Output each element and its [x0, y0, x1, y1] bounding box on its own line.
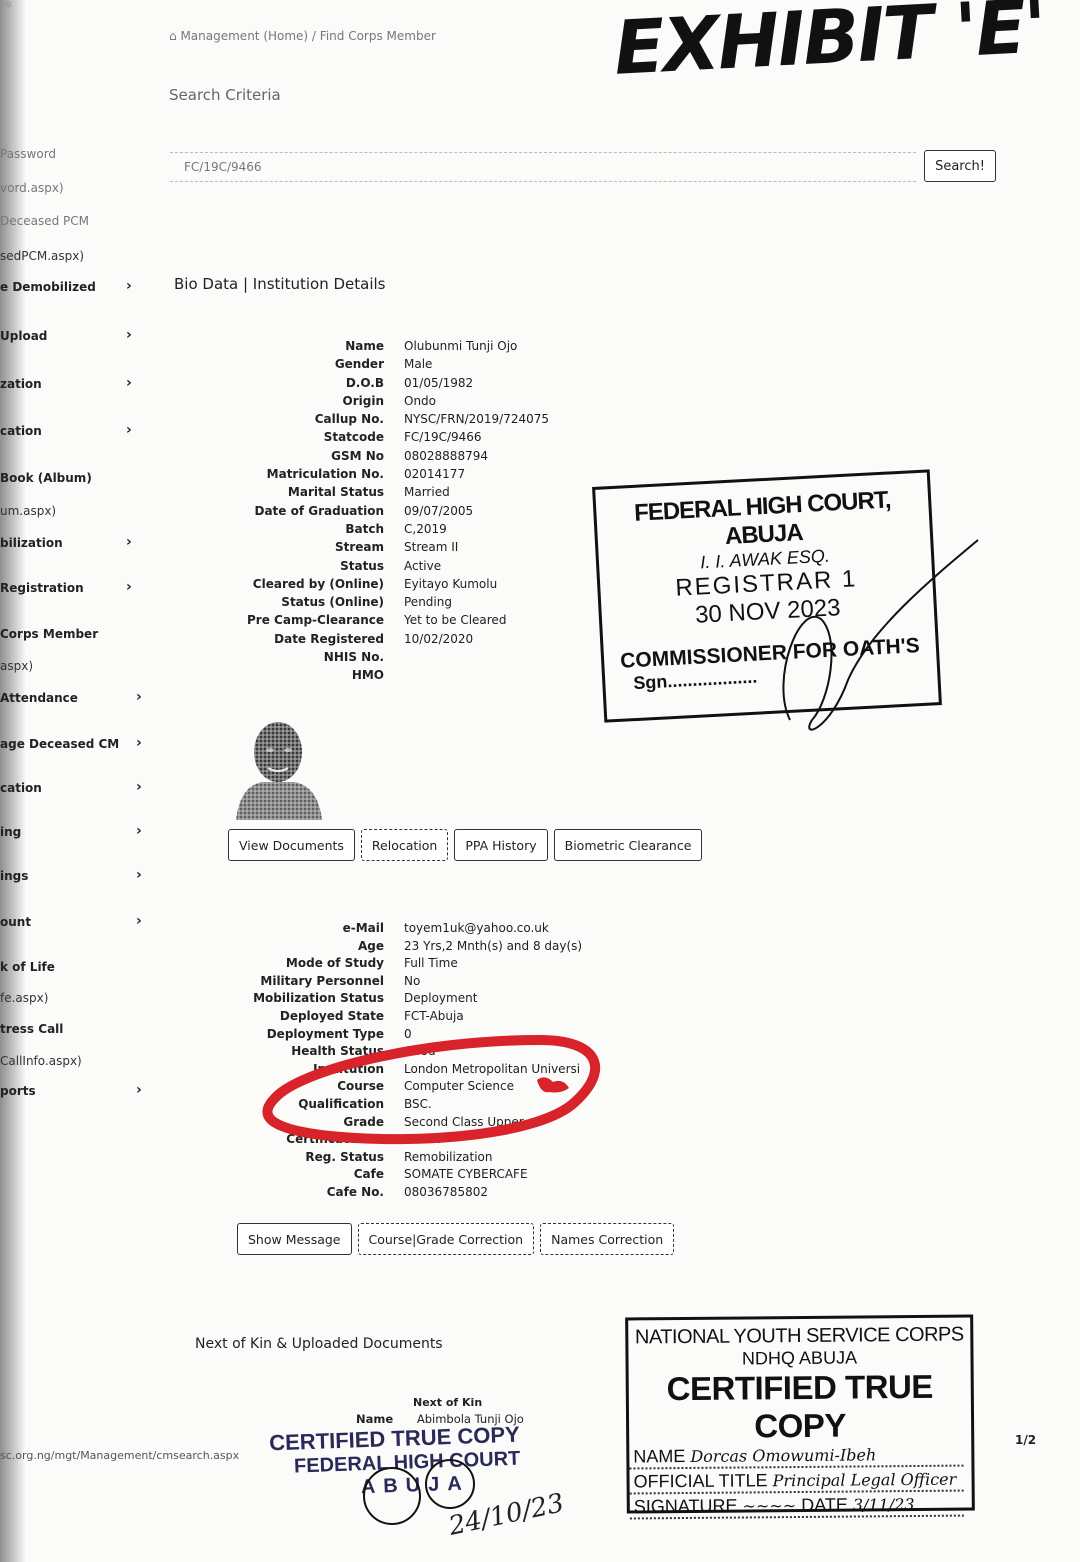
statcode-search-input[interactable]: [170, 152, 916, 182]
detail-row: GradeSecond Class Upper: [200, 1113, 582, 1131]
sidebar-item[interactable]: Registration: [0, 581, 84, 595]
detail-value: FCT-Abuja: [404, 1007, 464, 1025]
sidebar-item[interactable]: um.aspx): [0, 504, 56, 518]
course-grade-correction-button[interactable]: Course|Grade Correction: [358, 1223, 535, 1255]
nysc-stamp-title-signature: Principal Legal Officer: [773, 1470, 957, 1491]
search-criteria-title: Search Criteria: [169, 86, 281, 104]
detail-value: BSC.: [404, 1095, 432, 1113]
detail-value: toyem1uk@yahoo.co.uk: [404, 919, 549, 937]
names-correction-button[interactable]: Names Correction: [540, 1223, 674, 1255]
detail-row: Reg. StatusRemobilization: [200, 1148, 582, 1166]
nysc-certified-true-copy-stamp: NATIONAL YOUTH SERVICE CORPS NDHQ ABUJA …: [625, 1314, 975, 1513]
detail-label: Name: [200, 337, 404, 355]
detail-row: BatchC,2019: [200, 520, 549, 538]
sidebar-item[interactable]: Deceased PCM: [0, 214, 89, 228]
federal-high-court-stamp: FEDERAL HIGH COURT, ABUJA I. I. AWAK ESQ…: [592, 469, 942, 722]
chevron-right-icon[interactable]: ›: [136, 913, 142, 929]
detail-value: Deployment: [404, 989, 477, 1007]
biometric-clearance-button[interactable]: Biometric Clearance: [554, 829, 703, 861]
sidebar-item[interactable]: Book (Album): [0, 471, 92, 485]
sidebar-item[interactable]: ount: [0, 915, 31, 929]
message-action-buttons: Show MessageCourse|Grade CorrectionNames…: [237, 1223, 674, 1255]
detail-label: Institution: [200, 1060, 404, 1078]
detail-value: Remobilization: [404, 1148, 492, 1166]
detail-row: InstitutionLondon Metropolitan Universi: [200, 1060, 582, 1078]
detail-value: Full Time: [404, 954, 458, 972]
detail-label: Certificate No.: [200, 1130, 404, 1148]
sidebar-item[interactable]: Attendance: [0, 691, 78, 705]
detail-label: Reg. Status: [200, 1148, 404, 1166]
detail-row: Certificate No.A0046*****: [200, 1130, 582, 1148]
sidebar-nav: ✲ Passwordvord.aspx)Deceased PCMsedPCM.a…: [0, 0, 160, 1562]
detail-value: Eyitayo Kumolu: [404, 575, 497, 593]
nysc-stamp-signature-mark: ~~~~: [742, 1496, 796, 1515]
detail-row: Deployed StateFCT-Abuja: [200, 1007, 582, 1025]
detail-row: Marital StatusMarried: [200, 483, 549, 501]
relocation-button[interactable]: Relocation: [361, 829, 448, 861]
detail-label: NHIS No.: [200, 648, 404, 666]
sidebar-item[interactable]: ing: [0, 825, 21, 839]
detail-row: Age23 Yrs,2 Mnth(s) and 8 day(s): [200, 937, 582, 955]
detail-row: StatusActive: [200, 557, 549, 575]
detail-row: Health StatusGood: [200, 1042, 582, 1060]
sidebar-item[interactable]: cation: [0, 781, 42, 795]
detail-row: StatcodeFC/19C/9466: [200, 428, 549, 446]
nysc-stamp-line2: NDHQ ABUJA: [628, 1347, 970, 1371]
detail-label: Pre Camp-Clearance: [200, 611, 404, 629]
detail-row: Mobilization StatusDeployment: [200, 989, 582, 1007]
sidebar-item[interactable]: bilization: [0, 536, 63, 550]
chevron-right-icon[interactable]: ›: [136, 735, 142, 751]
chevron-right-icon[interactable]: ›: [126, 534, 132, 550]
detail-row: Date of Graduation09/07/2005: [200, 502, 549, 520]
detail-label: Health Status: [200, 1042, 404, 1060]
detail-label: Cleared by (Online): [200, 575, 404, 593]
detail-row: Date Registered10/02/2020: [200, 630, 549, 648]
detail-row: NameOlubunmi Tunji Ojo: [200, 337, 549, 355]
detail-value: Pending: [404, 593, 452, 611]
sidebar-item[interactable]: ports: [0, 1084, 36, 1098]
detail-label: e-Mail: [200, 919, 404, 937]
detail-label: Date of Graduation: [200, 502, 404, 520]
sidebar-item[interactable]: cation: [0, 424, 42, 438]
sidebar-item[interactable]: age Deceased CM: [0, 737, 119, 751]
detail-label: Statcode: [200, 428, 404, 446]
detail-value: 23 Yrs,2 Mnth(s) and 8 day(s): [404, 937, 582, 955]
nysc-stamp-date-label: DATE: [801, 1495, 848, 1515]
sidebar-item[interactable]: ings: [0, 869, 28, 883]
detail-label: Batch: [200, 520, 404, 538]
detail-row: Cleared by (Online)Eyitayo Kumolu: [200, 575, 549, 593]
detail-label: Marital Status: [200, 483, 404, 501]
nysc-stamp-title-label: OFFICIAL TITLE: [633, 1470, 767, 1491]
detail-label: Gender: [200, 355, 404, 373]
detail-value: 02014177: [404, 465, 465, 483]
detail-value: 01/05/1982: [404, 374, 473, 392]
chevron-right-icon[interactable]: ›: [126, 375, 132, 391]
detail-value: No: [404, 972, 420, 990]
detail-label: Date Registered: [200, 630, 404, 648]
nysc-stamp-date-signature: 3/11/23: [853, 1495, 915, 1515]
page-number: 1/2: [1015, 1433, 1036, 1447]
detail-row: NHIS No.: [200, 648, 549, 666]
detail-label: GSM No: [200, 447, 404, 465]
detail-label: Age: [200, 937, 404, 955]
detail-value: C,2019: [404, 520, 447, 538]
detail-row: OriginOndo: [200, 392, 549, 410]
detail-value: Stream II: [404, 538, 458, 556]
detail-label: D.O.B: [200, 374, 404, 392]
nysc-stamp-name-label: NAME: [633, 1446, 685, 1466]
nysc-stamp-line1: NATIONAL YOUTH SERVICE CORPS: [628, 1324, 970, 1350]
chevron-right-icon[interactable]: ›: [126, 579, 132, 595]
sidebar-item[interactable]: aspx): [0, 659, 33, 673]
detail-label: Deployed State: [200, 1007, 404, 1025]
detail-value: SOMATE CYBERCAFE: [404, 1165, 528, 1183]
sidebar-item[interactable]: Upload: [0, 329, 47, 343]
detail-value: Active: [404, 557, 441, 575]
nysc-stamp-line3: CERTIFIED TRUE COPY: [629, 1368, 972, 1447]
chevron-right-icon[interactable]: ›: [126, 278, 132, 294]
sidebar-item[interactable]: Corps Member: [0, 627, 98, 641]
nysc-logo-icon: ✲: [4, 0, 12, 11]
exhibit-label-handwritten: EXHIBIT 'E': [612, 0, 1047, 92]
search-button[interactable]: Search!: [924, 150, 996, 182]
detail-row: StreamStream II: [200, 538, 549, 556]
detail-value: 09/07/2005: [404, 502, 473, 520]
chevron-right-icon[interactable]: ›: [136, 823, 142, 839]
sidebar-item[interactable]: sedPCM.aspx): [0, 249, 84, 263]
detail-row: GenderMale: [200, 355, 549, 373]
detail-value: Computer Science: [404, 1077, 514, 1095]
detail-label: Mode of Study: [200, 954, 404, 972]
sidebar-item[interactable]: e Demobilized: [0, 280, 96, 294]
chevron-right-icon[interactable]: ›: [126, 327, 132, 343]
detail-row: GSM No08028888794: [200, 447, 549, 465]
detail-row: Status (Online)Pending: [200, 593, 549, 611]
chevron-right-icon[interactable]: ›: [126, 422, 132, 438]
detail-value: Married: [404, 483, 450, 501]
detail-row: CafeSOMATE CYBERCAFE: [200, 1165, 582, 1183]
detail-row: Cafe No.08036785802: [200, 1183, 582, 1201]
detail-row: Matriculation No.02014177: [200, 465, 549, 483]
detail-label: Cafe: [200, 1165, 404, 1183]
detail-row: Callup No.NYSC/FRN/2019/724075: [200, 410, 549, 428]
next-of-kin-section-title: Next of Kin & Uploaded Documents: [195, 1336, 443, 1352]
chevron-right-icon[interactable]: ›: [136, 1082, 142, 1098]
next-of-kin-name-label: Name: [356, 1412, 393, 1426]
nysc-stamp-signature-label: SIGNATURE: [634, 1496, 738, 1517]
detail-label: Status (Online): [200, 593, 404, 611]
detail-label: Cafe No.: [200, 1183, 404, 1201]
ctc-handwritten-date: 24/10/23: [446, 1488, 566, 1542]
detail-label: Matriculation No.: [200, 465, 404, 483]
institution-details-table: e-Mailtoyem1uk@yahoo.co.ukAge23 Yrs,2 Mn…: [200, 919, 582, 1201]
detail-row: e-Mailtoyem1uk@yahoo.co.uk: [200, 919, 582, 937]
bio-data-table: NameOlubunmi Tunji OjoGenderMaleD.O.B01/…: [200, 337, 549, 685]
sidebar-item[interactable]: k of Life: [0, 960, 55, 974]
detail-value: A0046*****: [404, 1130, 473, 1148]
show-message-button[interactable]: Show Message: [237, 1223, 352, 1255]
sidebar-item[interactable]: CallInfo.aspx): [0, 1054, 82, 1068]
detail-row: Mode of StudyFull Time: [200, 954, 582, 972]
detail-row: HMO: [200, 666, 549, 684]
detail-value: 08036785802: [404, 1183, 488, 1201]
breadcrumb-text: Management (Home) / Find Corps Member: [180, 29, 435, 43]
home-icon: ⌂: [169, 29, 177, 43]
detail-row: D.O.B01/05/1982: [200, 374, 549, 392]
chevron-right-icon[interactable]: ›: [136, 779, 142, 795]
chevron-right-icon[interactable]: ›: [136, 867, 142, 883]
detail-row: QualificationBSC.: [200, 1095, 582, 1113]
detail-label: Status: [200, 557, 404, 575]
sidebar-item[interactable]: fe.aspx): [0, 991, 48, 1005]
detail-value: 10/02/2020: [404, 630, 473, 648]
sidebar-item[interactable]: Password: [0, 147, 56, 161]
sidebar-item[interactable]: zation: [0, 377, 42, 391]
detail-value: 0: [404, 1025, 412, 1043]
detail-label: Grade: [200, 1113, 404, 1131]
nysc-stamp-name-row: NAME Dorcas Omowumi-Ibeh: [629, 1444, 963, 1470]
detail-label: Qualification: [200, 1095, 404, 1113]
detail-value: Good: [404, 1042, 436, 1060]
nysc-stamp-signature-row: SIGNATURE ~~~~ DATE 3/11/23: [630, 1494, 964, 1520]
profile-action-buttons: View DocumentsRelocationPPA HistoryBiome…: [228, 829, 702, 861]
detail-label: HMO: [200, 666, 404, 684]
detail-label: Military Personnel: [200, 972, 404, 990]
detail-value: Male: [404, 355, 432, 373]
detail-row: CourseComputer Science: [200, 1077, 582, 1095]
detail-value: NYSC/FRN/2019/724075: [404, 410, 549, 428]
section-tabs-bio-institution[interactable]: Bio Data | Institution Details: [174, 275, 386, 293]
detail-label: Mobilization Status: [200, 989, 404, 1007]
sidebar-item[interactable]: tress Call: [0, 1022, 63, 1036]
fhc-certified-true-copy-stamp: CERTIFIED TRUE COPY FEDERAL HIGH COURT A…: [269, 1422, 522, 1503]
nysc-stamp-name-signature: Dorcas Omowumi-Ibeh: [690, 1445, 876, 1466]
detail-label: Deployment Type: [200, 1025, 404, 1043]
chevron-right-icon[interactable]: ›: [136, 689, 142, 705]
detail-label: Stream: [200, 538, 404, 556]
breadcrumb[interactable]: ⌂ Management (Home) / Find Corps Member: [169, 29, 436, 43]
detail-value: Ondo: [404, 392, 436, 410]
search-row: Search!: [170, 150, 998, 186]
view-documents-button[interactable]: View Documents: [228, 829, 355, 861]
detail-value: London Metropolitan Universi: [404, 1060, 580, 1078]
nysc-stamp-title-row: OFFICIAL TITLE Principal Legal Officer: [629, 1469, 963, 1495]
detail-label: Course: [200, 1077, 404, 1095]
detail-label: Origin: [200, 392, 404, 410]
page-url-footer: sc.org.ng/mgt/Management/cmsearch.aspx: [0, 1449, 239, 1462]
person-photo-icon: [232, 712, 324, 822]
detail-value: Olubunmi Tunji Ojo: [404, 337, 517, 355]
detail-row: Pre Camp-ClearanceYet to be Cleared: [200, 611, 549, 629]
detail-value: FC/19C/9466: [404, 428, 482, 446]
detail-value: Second Class Upper: [404, 1113, 524, 1131]
detail-row: Deployment Type0: [200, 1025, 582, 1043]
detail-value: Yet to be Cleared: [404, 611, 506, 629]
detail-label: Callup No.: [200, 410, 404, 428]
sidebar-item[interactable]: vord.aspx): [0, 181, 64, 195]
detail-value: 08028888794: [404, 447, 488, 465]
ppa-history-button[interactable]: PPA History: [454, 829, 547, 861]
detail-row: Military PersonnelNo: [200, 972, 582, 990]
next-of-kin-column-header: Next of Kin: [413, 1396, 482, 1409]
